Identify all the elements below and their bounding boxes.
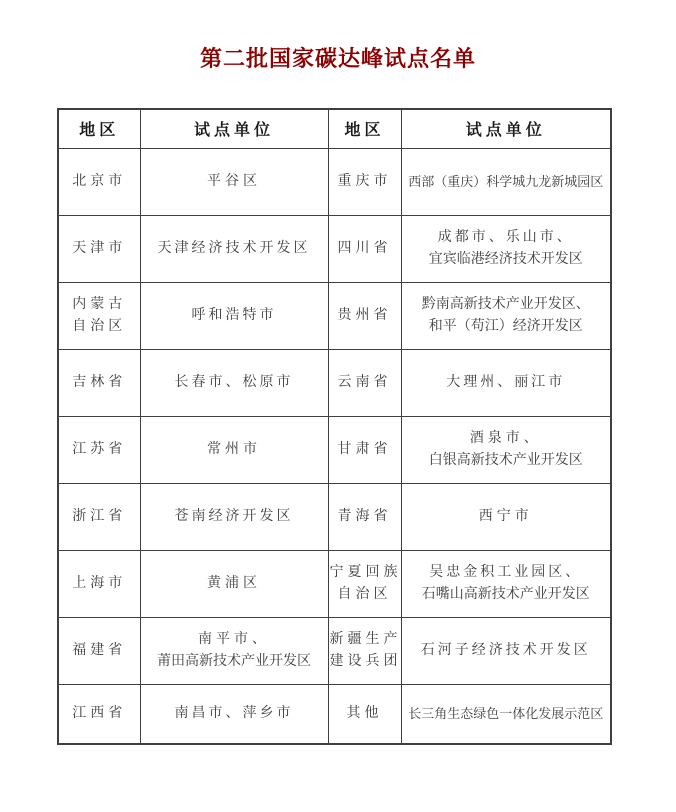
pilot-unit-cell: 南昌市、萍乡市 [140, 684, 328, 744]
pilot-unit-cell: 长三角生态绿色一体化发展示范区 [401, 684, 611, 744]
region-cell: 江苏省 [58, 416, 140, 483]
region-cell: 江西省 [58, 684, 140, 744]
table-header-row: 地区 试点单位 地区 试点单位 [58, 109, 611, 148]
pilot-unit-cell: 西宁市 [401, 483, 611, 550]
table-row: 天津市 天津经济技术开发区 四川省 成都市、乐山市、宜宾临港经济技术开发区 [58, 215, 611, 282]
region-cell: 四川省 [328, 215, 401, 282]
pilot-unit-cell: 长春市、松原市 [140, 349, 328, 416]
region-cell: 青海省 [328, 483, 401, 550]
region-cell: 贵州省 [328, 282, 401, 349]
pilot-unit-cell: 苍南经济开发区 [140, 483, 328, 550]
region-cell: 宁夏回族自治区 [328, 550, 401, 617]
header-region-right: 地区 [328, 109, 401, 148]
pilot-unit-cell: 酒泉市、白银高新技术产业开发区 [401, 416, 611, 483]
table-row: 浙江省 苍南经济开发区 青海省 西宁市 [58, 483, 611, 550]
header-pilot-unit-right: 试点单位 [401, 109, 611, 148]
table-row: 上海市 黄浦区 宁夏回族自治区 吴忠金积工业园区、石嘴山高新技术产业开发区 [58, 550, 611, 617]
pilot-unit-cell: 西部（重庆）科学城九龙新城园区 [401, 148, 611, 215]
region-cell: 云南省 [328, 349, 401, 416]
pilot-unit-cell: 黔南高新技术产业开发区、和平（苟江）经济开发区 [401, 282, 611, 349]
table-row: 江西省 南昌市、萍乡市 其他 长三角生态绿色一体化发展示范区 [58, 684, 611, 744]
pilot-unit-cell: 天津经济技术开发区 [140, 215, 328, 282]
table-row: 福建省 南平市、莆田高新技术产业开发区 新疆生产建设兵团 石河子经济技术开发区 [58, 617, 611, 684]
table-row: 吉林省 长春市、松原市 云南省 大理州、丽江市 [58, 349, 611, 416]
pilot-list-table: 地区 试点单位 地区 试点单位 北京市 平谷区 重庆市 西部（重庆）科学城九龙新… [57, 108, 612, 745]
region-cell: 浙江省 [58, 483, 140, 550]
region-cell: 吉林省 [58, 349, 140, 416]
table-row: 内蒙古自治区 呼和浩特市 贵州省 黔南高新技术产业开发区、和平（苟江）经济开发区 [58, 282, 611, 349]
header-pilot-unit-left: 试点单位 [140, 109, 328, 148]
table-row: 北京市 平谷区 重庆市 西部（重庆）科学城九龙新城园区 [58, 148, 611, 215]
pilot-unit-cell: 呼和浩特市 [140, 282, 328, 349]
pilot-unit-cell: 平谷区 [140, 148, 328, 215]
region-cell: 上海市 [58, 550, 140, 617]
region-cell: 其他 [328, 684, 401, 744]
table-row: 江苏省 常州市 甘肃省 酒泉市、白银高新技术产业开发区 [58, 416, 611, 483]
region-cell: 新疆生产建设兵团 [328, 617, 401, 684]
region-cell: 天津市 [58, 215, 140, 282]
pilot-unit-cell: 南平市、莆田高新技术产业开发区 [140, 617, 328, 684]
document-page: 第二批国家碳达峰试点名单 地区 试点单位 地区 试点单位 北京市 平谷区 重庆市… [0, 44, 676, 745]
region-cell: 甘肃省 [328, 416, 401, 483]
pilot-unit-cell: 常州市 [140, 416, 328, 483]
pilot-unit-cell: 大理州、丽江市 [401, 349, 611, 416]
pilot-unit-cell: 成都市、乐山市、宜宾临港经济技术开发区 [401, 215, 611, 282]
region-cell: 北京市 [58, 148, 140, 215]
header-region-left: 地区 [58, 109, 140, 148]
page-title: 第二批国家碳达峰试点名单 [0, 44, 676, 74]
pilot-unit-cell: 黄浦区 [140, 550, 328, 617]
region-cell: 福建省 [58, 617, 140, 684]
pilot-unit-cell: 石河子经济技术开发区 [401, 617, 611, 684]
region-cell: 内蒙古自治区 [58, 282, 140, 349]
pilot-unit-cell: 吴忠金积工业园区、石嘴山高新技术产业开发区 [401, 550, 611, 617]
region-cell: 重庆市 [328, 148, 401, 215]
